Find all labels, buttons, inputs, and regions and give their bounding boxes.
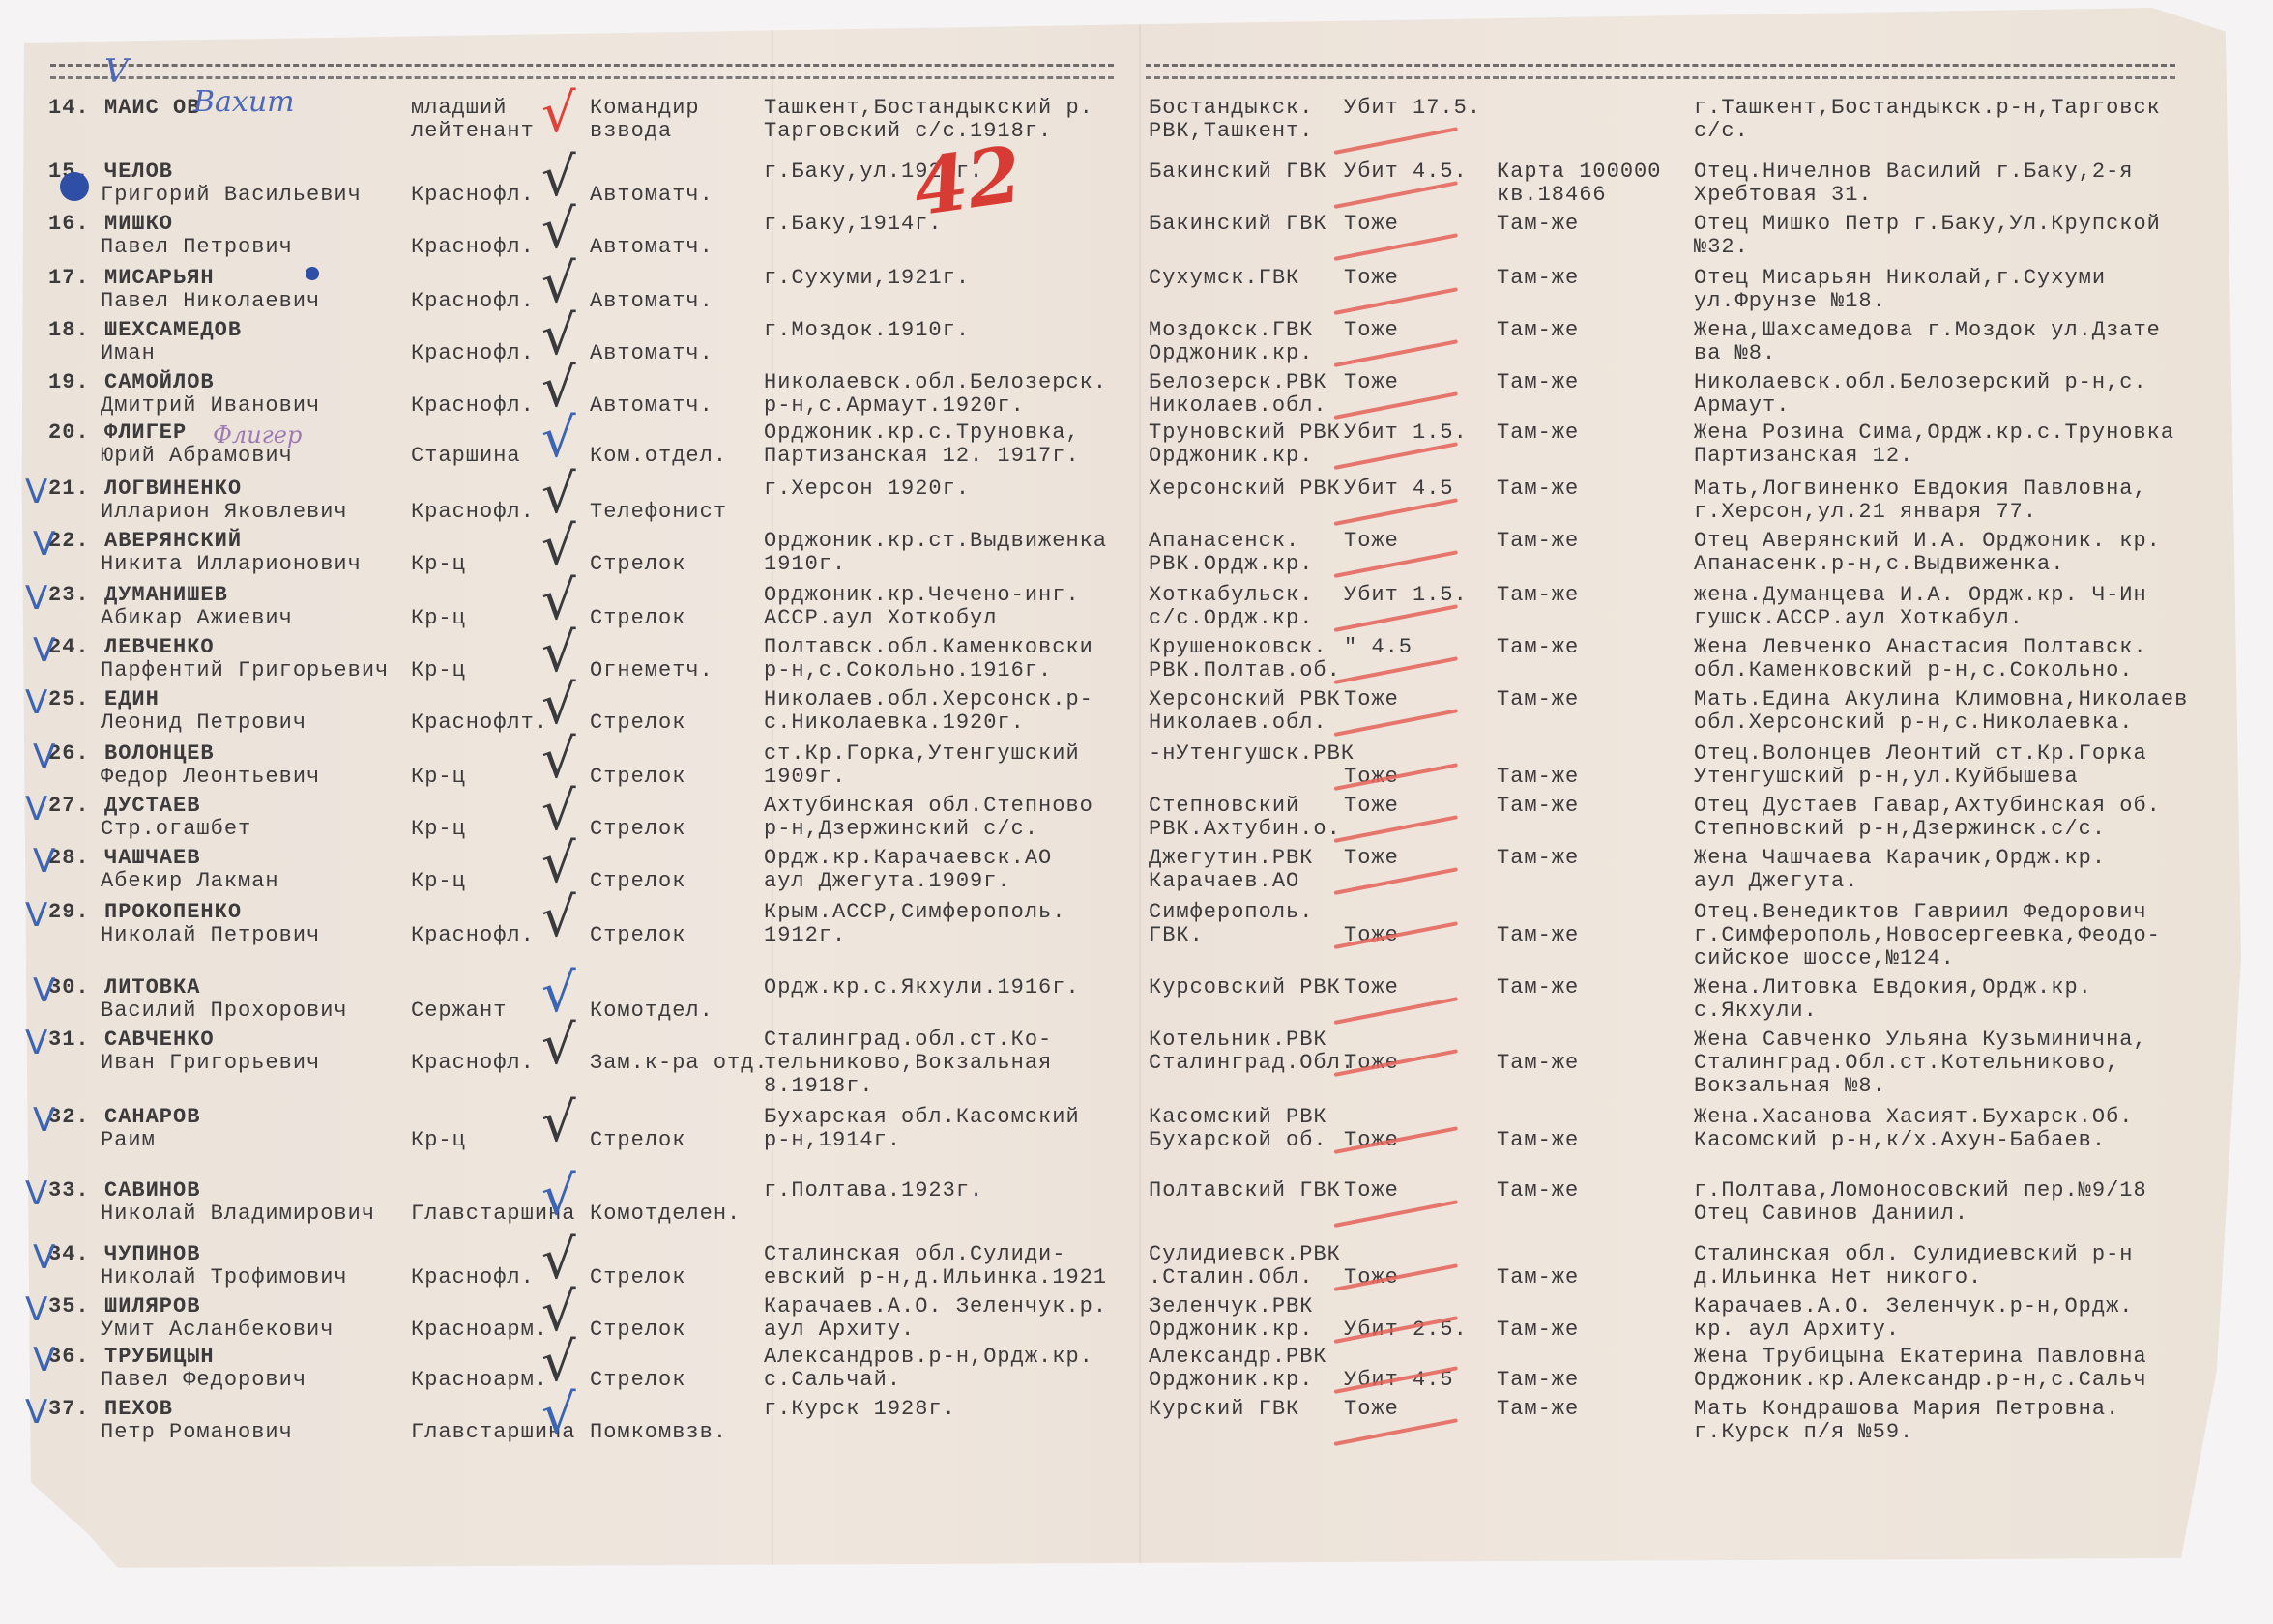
position-cell: Автоматч. <box>590 236 714 259</box>
fate-cell: Тоже <box>1344 319 1399 342</box>
surname: ТРУБИЦЫН <box>104 1346 215 1369</box>
checkmark-icon: √ <box>541 1019 577 1073</box>
given-names: Парфентий Григорьевич <box>101 659 389 682</box>
rank-cell: Красноарм. <box>411 1369 548 1392</box>
draft-office-cell: Касомский РВК <box>1149 1106 1327 1129</box>
draft-office-cell: -нУтенгушск.РВК <box>1149 742 1355 766</box>
family-address-cell: Николаевск.обл.Белозерский р-н,с. <box>1694 371 2147 394</box>
family-address-cell: Отец Дустаев Гавар,Ахтубинская об. <box>1694 795 2161 818</box>
birthplace-cell: ст.Кр.Горка,Утенгушский <box>764 742 1080 766</box>
family-address-cell: сийское шоссе,№124. <box>1694 947 1955 971</box>
row-number: 14. <box>48 97 90 120</box>
family-address-cell: г.Полтава,Ломоносовский пер.№9/18 <box>1694 1179 2147 1203</box>
margin-check-icon: V <box>25 899 48 932</box>
rank-cell: Кр-ц <box>411 818 466 841</box>
margin-check-icon: V <box>25 582 48 615</box>
row-number: 23. <box>48 584 90 607</box>
blue-check-header: V <box>104 52 129 91</box>
family-address-cell: д.Ильинка Нет никого. <box>1694 1266 1982 1290</box>
position-cell: Комотдел. <box>590 1000 714 1023</box>
family-address-cell: Отец.Ничелнов Василий г.Баку,2-я <box>1694 160 2133 184</box>
surname: ШЕХСАМЕДОВ <box>104 319 242 342</box>
position-cell: Стрелок <box>590 553 685 576</box>
surname: ШИЛЯРОВ <box>104 1295 200 1319</box>
burial-place-cell: Там-же <box>1497 1266 1579 1290</box>
surname: ЧУПИНОВ <box>104 1243 200 1266</box>
family-address-cell: Утенгушский р-н,ул.Куйбышева <box>1694 766 2079 789</box>
family-address-cell: Сталинская обл. Сулидиевский р-н <box>1694 1243 2133 1266</box>
row-number: 37. <box>48 1398 90 1421</box>
checkmark-icon: √ <box>541 733 577 787</box>
birthplace-cell: с.Николаевка.1920г. <box>764 711 1025 735</box>
family-address-cell: Армаут. <box>1694 394 1790 418</box>
draft-office-cell: Полтавский ГВК <box>1149 1179 1341 1203</box>
paper-fold <box>1139 8 1141 1593</box>
position-cell: Помкомвзв. <box>590 1421 727 1444</box>
family-address-cell: Сталинград.Обл.ст.Котельниково, <box>1694 1052 2119 1075</box>
checkmark-icon: √ <box>541 468 577 522</box>
checkmark-icon: √ <box>541 1233 577 1288</box>
given-names: Николай Владимирович <box>101 1203 375 1226</box>
margin-check-icon: V <box>25 1396 48 1429</box>
handwritten-given-name-row14: Вахит <box>193 85 295 119</box>
margin-check-icon: V <box>33 1104 56 1137</box>
fate-cell: Тоже <box>1344 1398 1399 1421</box>
burial-place-cell: Там-же <box>1497 766 1579 789</box>
checkmark-icon: √ <box>541 574 577 628</box>
draft-office-cell: Херсонский РВК <box>1149 478 1341 501</box>
birthplace-cell: евский р-н,д.Ильинка.1921 <box>764 1266 1107 1290</box>
checkmark-icon: √ <box>541 626 577 681</box>
draft-office-cell: РВК.Ордж.кр. <box>1149 553 1313 576</box>
position-cell: Стрелок <box>590 1266 685 1290</box>
family-address-cell: Жена Левченко Анастасия Полтавск. <box>1694 636 2147 659</box>
burial-place-cell: Там-же <box>1497 584 1579 607</box>
draft-office-cell: Труновский РВК <box>1149 421 1341 445</box>
burial-place-cell: кв.18466 <box>1497 184 1607 207</box>
given-names: Илларион Яковлевич <box>101 501 348 524</box>
draft-office-cell: Николаев.обл. <box>1149 711 1327 735</box>
position-cell: Зам.к-ра отд. <box>590 1052 769 1075</box>
margin-check-icon: V <box>33 740 56 773</box>
draft-office-cell: ГВК. <box>1149 924 1204 947</box>
birthplace-cell: Полтавск.обл.Каменковски <box>764 636 1093 659</box>
draft-office-cell: Котельник.РВК <box>1149 1029 1327 1052</box>
birthplace-cell: 8.1918г. <box>764 1075 874 1098</box>
birthplace-cell: Сталинград.обл.ст.Ко- <box>764 1029 1052 1052</box>
burial-place-cell: Там-же <box>1497 421 1579 445</box>
position-cell: Огнеметч. <box>590 659 714 682</box>
family-address-cell: №32. <box>1694 236 1749 259</box>
fate-cell: " 4.5 <box>1344 636 1413 659</box>
row-number: 16. <box>48 213 90 236</box>
birthplace-cell: Александров.р-н,Ордж.кр. <box>764 1346 1093 1369</box>
checkmark-icon: √ <box>541 412 577 466</box>
birthplace-cell: 1910г. <box>764 553 846 576</box>
position-cell: Стрелок <box>590 1369 685 1392</box>
draft-office-cell: Белозерск.РВК <box>1149 371 1327 394</box>
surname: ЧАШЧАЕВ <box>104 847 200 870</box>
family-address-cell: Вокзальная №8. <box>1694 1075 1886 1098</box>
surname: ЛИТОВКА <box>104 976 200 1000</box>
birthplace-cell: Николаев.обл.Херсонск.р- <box>764 688 1093 711</box>
family-address-cell: Орджоник.кр.Александр.р-н,с.Сальч <box>1694 1369 2147 1392</box>
position-cell: Комотделен. <box>590 1203 741 1226</box>
fate-cell: Убит 1.5. <box>1344 584 1468 607</box>
rank-cell: Краснофл. <box>411 184 535 207</box>
draft-office-cell: Крушеноковск. <box>1149 636 1327 659</box>
margin-check-icon: V <box>25 1293 48 1326</box>
checkmark-icon: √ <box>541 309 577 363</box>
surname: МАИС ОВ <box>104 97 200 120</box>
draft-office-cell: Александр.РВК <box>1149 1346 1327 1369</box>
birthplace-cell: р-н,1914г. <box>764 1129 901 1152</box>
position-cell: Стрелок <box>590 766 685 789</box>
birthplace-cell: Бухарская обл.Касомский <box>764 1106 1080 1129</box>
birthplace-cell: Орджоник.кр.с.Труновка, <box>764 421 1080 445</box>
handwritten-surname-row20: Флигер <box>213 421 302 449</box>
birthplace-cell: р-н,с.Армаут.1920г. <box>764 394 1025 418</box>
birthplace-cell: г.Полтава.1923г. <box>764 1179 983 1203</box>
position-cell: Стрелок <box>590 607 685 630</box>
margin-check-icon: V <box>25 476 48 508</box>
birthplace-cell: Ташкент,Бостандыкский р. <box>764 97 1093 120</box>
row-number: 35. <box>48 1295 90 1319</box>
surname: ЧЕЛОВ <box>104 160 173 184</box>
row-number: 20. <box>48 421 90 445</box>
family-address-cell: г.Ташкент,Бостандыкск.р-н,Тарговск <box>1694 97 2161 120</box>
burial-place-cell: Там-же <box>1497 530 1579 553</box>
draft-office-cell: Херсонский РВК <box>1149 688 1341 711</box>
family-address-cell: Жена Савченко Ульяна Кузьминична, <box>1694 1029 2147 1052</box>
fate-cell: Убит 1.5. <box>1344 421 1468 445</box>
burial-place-cell: Там-же <box>1497 1319 1579 1342</box>
row-number: 17. <box>48 267 90 290</box>
fate-cell: Тоже <box>1344 213 1399 236</box>
birthplace-cell: г.Курск 1928г. <box>764 1398 956 1421</box>
birthplace-cell: г.Баку,1914г. <box>764 213 943 236</box>
given-names: Абекир Лакман <box>101 870 279 893</box>
given-names: Никита Илларионович <box>101 553 362 576</box>
checkmark-icon: √ <box>541 785 577 839</box>
burial-place-cell: Там-же <box>1497 1398 1579 1421</box>
fate-cell: Тоже <box>1344 688 1399 711</box>
row-number: 33. <box>48 1179 90 1203</box>
birthplace-cell: Ахтубинская обл.Степново <box>764 795 1093 818</box>
header-rule-left <box>50 64 1114 79</box>
birthplace-cell: Николаевск.обл.Белозерск. <box>764 371 1107 394</box>
draft-office-cell: РВК,Ташкент. <box>1149 120 1313 143</box>
draft-office-cell: Сулидиевск.РВК <box>1149 1243 1341 1266</box>
checkmark-icon: √ <box>541 520 577 574</box>
surname: МИСАРЬЯН <box>104 267 215 290</box>
header-rule-right <box>1146 64 2175 79</box>
burial-place-cell: Там-же <box>1497 213 1579 236</box>
surname: ЛОГВИНЕНКО <box>104 478 242 501</box>
burial-place-cell: Там-же <box>1497 976 1579 1000</box>
family-address-cell: Апанасенк.р-н,с.Выдвиженка. <box>1694 553 2064 576</box>
fate-cell: Убит 2.5. <box>1344 1319 1468 1342</box>
rank-cell: Краснофлт. <box>411 711 548 735</box>
burial-place-cell: Там-же <box>1497 688 1579 711</box>
rank-cell: Старшина <box>411 445 521 468</box>
given-names: Николай Петрович <box>101 924 320 947</box>
birthplace-cell: р-н,с.Сокольно.1916г. <box>764 659 1052 682</box>
row-number: 19. <box>48 371 90 394</box>
margin-check-icon: V <box>33 1344 56 1377</box>
burial-place-cell: Там-же <box>1497 1129 1579 1152</box>
draft-office-cell: Степновский <box>1149 795 1299 818</box>
fate-cell: Тоже <box>1344 795 1399 818</box>
family-address-cell: Отец Аверянский И.А. Орджоник. кр. <box>1694 530 2161 553</box>
draft-office-cell: Курский ГВК <box>1149 1398 1299 1421</box>
checkmark-icon: √ <box>541 679 577 733</box>
birthplace-cell: Карачаев.А.О. Зеленчук.р. <box>764 1295 1107 1319</box>
birthplace-cell: Крым.АССР,Симферополь. <box>764 901 1065 924</box>
birthplace-cell: Ордж.кр.Карачаевск.АО <box>764 847 1052 870</box>
draft-office-cell: Апанасенск. <box>1149 530 1299 553</box>
row-number: 29. <box>48 901 90 924</box>
surname: ЕДИН <box>104 688 160 711</box>
surname: САМОЙЛОВ <box>104 371 215 394</box>
position-cell: Стрелок <box>590 1319 685 1342</box>
surname: САВИНОВ <box>104 1179 200 1203</box>
birthplace-cell: с.Сальчай. <box>764 1369 901 1392</box>
family-address-cell: Жена Трубицына Екатерина Павловна <box>1694 1346 2147 1369</box>
family-address-cell: аул Джегута. <box>1694 870 1858 893</box>
position-cell: Автоматч. <box>590 342 714 365</box>
burial-place-cell: Карта 100000 <box>1497 160 1661 184</box>
fate-cell: Тоже <box>1344 267 1399 290</box>
family-address-cell: Жена Чашчаева Карачик,Ордж.кр. <box>1694 847 2106 870</box>
draft-office-cell: Зеленчук.РВК <box>1149 1295 1313 1319</box>
birthplace-cell: аул Архиту. <box>764 1319 915 1342</box>
birthplace-cell: г.Сухуми,1921г. <box>764 267 970 290</box>
given-names: Леонид Петрович <box>101 711 306 735</box>
rank-cell: Кр-ц <box>411 1129 466 1152</box>
surname: ДУСТАЕВ <box>104 795 200 818</box>
family-address-cell: Жена.Хасанова Хасият.Бухарск.Об. <box>1694 1106 2133 1129</box>
family-address-cell: Мать.Едина Акулина Климовна,Николаев <box>1694 688 2188 711</box>
fate-cell: Тоже <box>1344 530 1399 553</box>
surname: ФЛИГЕР <box>104 421 187 445</box>
margin-check-icon: V <box>25 686 48 719</box>
family-address-cell: г.Херсон,ул.21 января 77. <box>1694 501 2037 524</box>
given-names: Раим <box>101 1129 156 1152</box>
checkmark-icon: √ <box>541 257 577 311</box>
family-address-cell: жена.Думанцева И.А. Ордж.кр. Ч-Ин <box>1694 584 2147 607</box>
family-address-cell: Касомский р-н,к/х.Ахун-Бабаев. <box>1694 1129 2106 1152</box>
given-names: Василий Прохорович <box>101 1000 348 1023</box>
draft-office-cell: Курсовский РВК <box>1149 976 1341 1000</box>
draft-office-cell: с/с.Ордж.кр. <box>1149 607 1313 630</box>
draft-office-cell: Бакинский ГВК <box>1149 160 1327 184</box>
position-cell: Ком.отдел. <box>590 445 727 468</box>
rank-cell: Красноарм. <box>411 1319 548 1342</box>
draft-office-cell: Бостандыкск. <box>1149 97 1313 120</box>
family-address-cell: ул.Фрунзе №18. <box>1694 290 1886 313</box>
margin-check-icon: V <box>33 634 56 667</box>
draft-office-cell: .Сталин.Обл. <box>1149 1266 1313 1290</box>
family-address-cell: Отец Мисарьян Николай,г.Сухуми <box>1694 267 2106 290</box>
birthplace-cell: 1912г. <box>764 924 846 947</box>
handwritten-page-number: 42 <box>908 129 1027 234</box>
position-cell: Стрелок <box>590 711 685 735</box>
position-cell: Стрелок <box>590 1129 685 1152</box>
draft-office-cell: Хоткабульск. <box>1149 584 1313 607</box>
checkmark-icon: √ <box>541 87 577 141</box>
margin-check-icon: V <box>33 845 56 878</box>
row-number: 31. <box>48 1029 90 1052</box>
margin-check-icon: V <box>25 1027 48 1059</box>
family-address-cell: Жена Розина Сима,Ордж.кр.с.Труновка <box>1694 421 2174 445</box>
draft-office-cell: Орджоник.кр. <box>1149 1319 1313 1342</box>
rank-cell: Краснофл. <box>411 342 535 365</box>
margin-check-icon: V <box>33 528 56 561</box>
fate-cell: Тоже <box>1344 847 1399 870</box>
birthplace-cell: тельниково,Вокзальная <box>764 1052 1052 1075</box>
position-cell: Телефонист <box>590 501 727 524</box>
given-names: Петр Романович <box>101 1421 293 1444</box>
birthplace-cell: Партизанская 12. 1917г. <box>764 445 1080 468</box>
draft-office-cell: Орджоник.кр. <box>1149 445 1313 468</box>
family-address-cell: Карачаев.А.О. Зеленчук.р-н,Ордж. <box>1694 1295 2133 1319</box>
family-address-cell: обл.Херсонский р-н,с.Николаевка. <box>1694 711 2133 735</box>
row-number: 18. <box>48 319 90 342</box>
burial-place-cell: Там-же <box>1497 1369 1579 1392</box>
rank-cell: Краснофл. <box>411 394 535 418</box>
family-address-cell: г.Курск п/я №59. <box>1694 1421 1913 1444</box>
draft-office-cell: Моздокск.ГВК <box>1149 319 1313 342</box>
surname: САВЧЕНКО <box>104 1029 215 1052</box>
draft-office-cell: Орджоник.кр. <box>1149 342 1313 365</box>
rank-cell: Сержант <box>411 1000 507 1023</box>
rank-cell: Краснофл. <box>411 290 535 313</box>
position-cell: Автоматч. <box>590 290 714 313</box>
birthplace-cell: 1909г. <box>764 766 846 789</box>
burial-place-cell: Там-же <box>1497 1179 1579 1203</box>
position-cell: Стрелок <box>590 818 685 841</box>
fate-cell: Убит 17.5. <box>1344 97 1481 120</box>
birthplace-cell: аул Джегута.1909г. <box>764 870 1011 893</box>
rank-cell: Кр-ц <box>411 607 466 630</box>
fate-cell: Убит 4.5. <box>1344 160 1468 184</box>
draft-office-cell: РВК.Полтав.об. <box>1149 659 1341 682</box>
surname: САНАРОВ <box>104 1106 200 1129</box>
draft-office-cell: Джегутин.РВК <box>1149 847 1313 870</box>
rank-cell: Краснофл. <box>411 501 535 524</box>
family-address-cell: Отец.Волонцев Леонтий ст.Кр.Горка <box>1694 742 2147 766</box>
surname: ВОЛОНЦЕВ <box>104 742 215 766</box>
family-address-cell: с/с. <box>1694 120 1749 143</box>
family-address-cell: с.Якхули. <box>1694 1000 1818 1023</box>
family-address-cell: Отец Мишко Петр г.Баку,Ул.Крупской <box>1694 213 2161 236</box>
burial-place-cell: Там-же <box>1497 478 1579 501</box>
birthplace-cell: Сталинская обл.Сулиди- <box>764 1243 1065 1266</box>
family-address-cell: Степновский р-н,Дзержинск.с/с. <box>1694 818 2106 841</box>
family-address-cell: гушск.АССР.аул Хоткабул. <box>1694 607 2024 630</box>
draft-office-cell: Орджоник.кр. <box>1149 1369 1313 1392</box>
rank-cell: Краснофл. <box>411 236 535 259</box>
burial-place-cell: Там-же <box>1497 267 1579 290</box>
rank-cell: Краснофл. <box>411 1052 535 1075</box>
family-address-cell: Жена,Шахсамедова г.Моздок ул.Дзате <box>1694 319 2161 342</box>
checkmark-icon: √ <box>541 1388 577 1442</box>
rank-cell: Кр-ц <box>411 766 466 789</box>
draft-office-cell: Николаев.обл. <box>1149 394 1327 418</box>
margin-check-icon: V <box>33 1241 56 1274</box>
fate-cell: Убит 4.5 <box>1344 478 1454 501</box>
birthplace-cell: Орджоник.кр.Чечено-инг. <box>764 584 1080 607</box>
family-address-cell: Хребтовая 31. <box>1694 184 1873 207</box>
checkmark-icon: √ <box>541 837 577 891</box>
checkmark-icon: √ <box>541 1170 577 1224</box>
margin-check-icon: V <box>33 974 56 1007</box>
burial-place-cell: Там-же <box>1497 636 1579 659</box>
burial-place-cell: Там-же <box>1497 1052 1579 1075</box>
checkmark-icon: √ <box>541 151 577 205</box>
given-names: Павел Петрович <box>101 236 293 259</box>
draft-office-cell: Бухарской об. <box>1149 1129 1327 1152</box>
family-address-cell: ва №8. <box>1694 342 1776 365</box>
rank-cell: Кр-ц <box>411 870 466 893</box>
position-cell: Командир <box>590 97 700 120</box>
draft-office-cell: РВК.Ахтубин.о. <box>1149 818 1341 841</box>
surname: ЛЕВЧЕНКО <box>104 636 215 659</box>
surname: ПЕХОВ <box>104 1398 173 1421</box>
position-cell: взвода <box>590 120 672 143</box>
fate-cell: Тоже <box>1344 976 1399 1000</box>
position-cell: Стрелок <box>590 870 685 893</box>
burial-place-cell: Там-же <box>1497 924 1579 947</box>
position-cell: Автоматч. <box>590 184 714 207</box>
birthplace-cell: АССР.аул Хоткобул <box>764 607 997 630</box>
given-names: Иман <box>101 342 156 365</box>
given-names: Николай Трофимович <box>101 1266 348 1290</box>
given-names: Григорий Васильевич <box>101 184 362 207</box>
ink-blot <box>60 172 89 201</box>
checkmark-icon: √ <box>541 891 577 945</box>
burial-place-cell: Там-же <box>1497 847 1579 870</box>
surname: ДУМАНИШЕВ <box>104 584 228 607</box>
margin-check-icon: V <box>25 793 48 826</box>
family-address-cell: кр. аул Архиту. <box>1694 1319 1900 1342</box>
draft-office-cell: Бакинский ГВК <box>1149 213 1327 236</box>
row-number: 21. <box>48 478 90 501</box>
position-cell: Автоматч. <box>590 394 714 418</box>
burial-place-cell: Там-же <box>1497 795 1579 818</box>
rank-cell: младший <box>411 97 507 120</box>
rank-cell: Краснофл. <box>411 924 535 947</box>
family-address-cell: Жена.Литовка Евдокия,Ордж.кр. <box>1694 976 2092 1000</box>
draft-office-cell: Сухумск.ГВК <box>1149 267 1299 290</box>
birthplace-cell: Орджоник.кр.ст.Выдвиженка <box>764 530 1107 553</box>
given-names: Стр.огашбет <box>101 818 251 841</box>
draft-office-cell: Симферополь. <box>1149 901 1313 924</box>
margin-check-icon: V <box>25 1177 48 1210</box>
family-address-cell: Отец.Венедиктов Гавриил Федорович <box>1694 901 2147 924</box>
burial-place-cell: Там-же <box>1497 371 1579 394</box>
family-address-cell: Отец Савинов Даниил. <box>1694 1203 1968 1226</box>
family-address-cell: Партизанская 12. <box>1694 445 1913 468</box>
birthplace-cell: г.Моздок.1910г. <box>764 319 970 342</box>
fate-cell: Тоже <box>1344 371 1399 394</box>
fate-cell: Тоже <box>1344 1179 1399 1203</box>
surname: АВЕРЯНСКИЙ <box>104 530 242 553</box>
surname: ПРОКОПЕНКО <box>104 901 242 924</box>
checkmark-icon: √ <box>541 1336 577 1390</box>
draft-office-cell: Сталинград.Обл. <box>1149 1052 1355 1075</box>
